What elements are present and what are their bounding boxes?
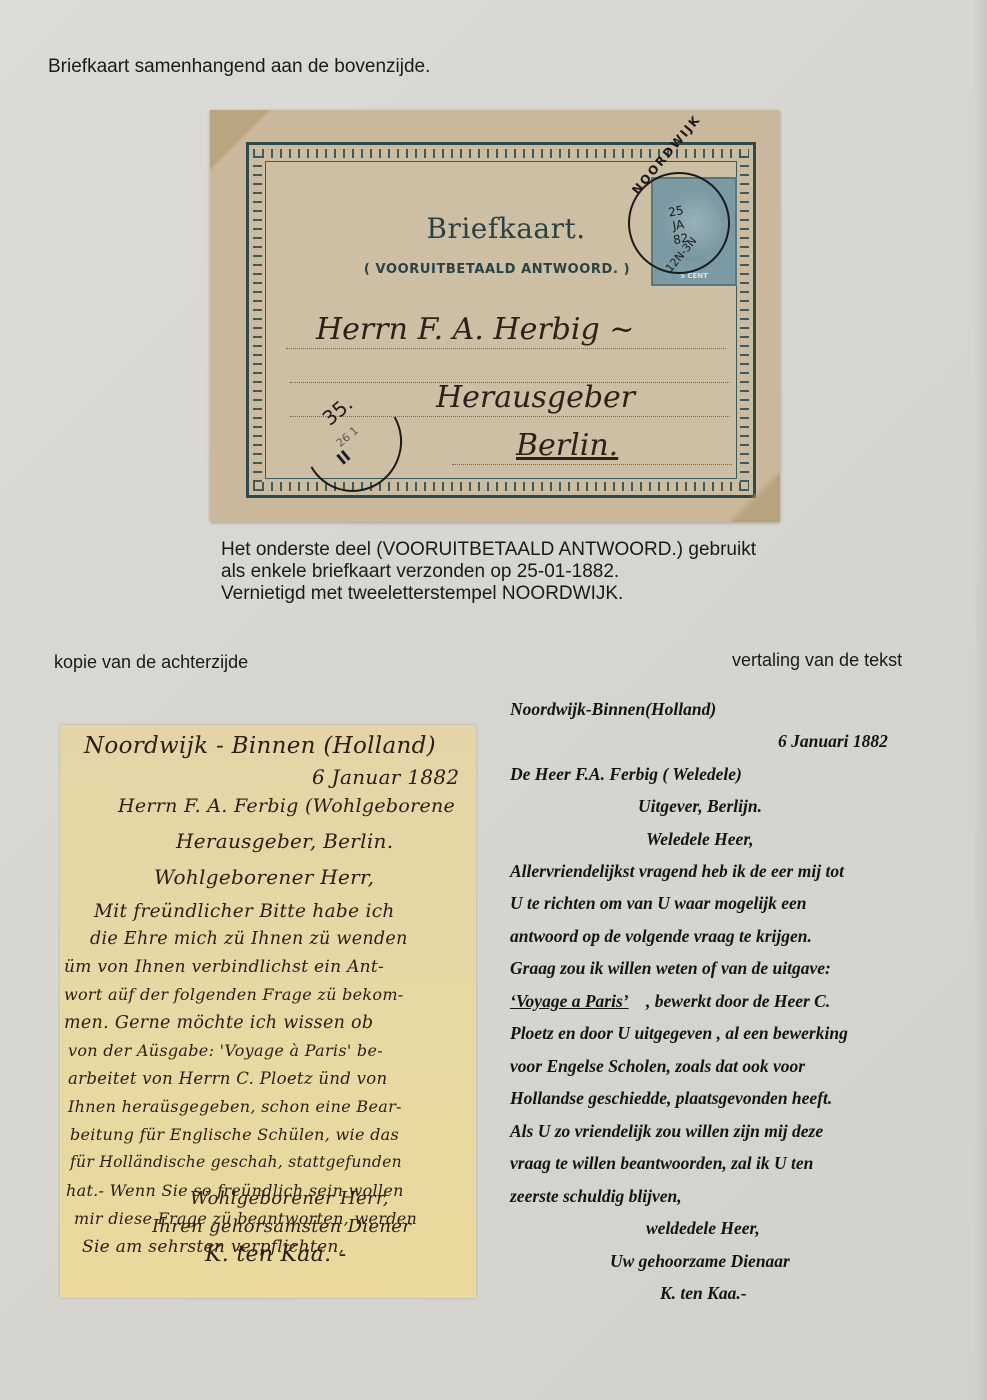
translation-line: Hollandse geschiedde, plaatsgevonden hee… (510, 1088, 832, 1109)
translation-line: K. ten Kaa.- (660, 1283, 747, 1304)
translation-title-underlined: ‘Voyage a Paris’ (510, 991, 629, 1012)
translation-line: Graag zou ik willen weten of van de uitg… (510, 958, 831, 979)
postcard-border: Briefkaart. ( VOORUITBETAALD ANTWOORD. )… (246, 142, 756, 498)
translation-line: voor Engelse Scholen, zoals dat ook voor (510, 1056, 805, 1077)
address-rule (286, 348, 726, 349)
hw-line: beitung für Englische Schülen, wie das (70, 1125, 399, 1144)
translation-line: Weledele Heer, (646, 829, 754, 850)
translation-line: vraag te willen beantwoorden, zal ik U t… (510, 1153, 813, 1174)
hw-line: men. Gerne möchte ich wissen ob (64, 1013, 373, 1033)
front-caption-line-1: Het onderste deel (VOORUITBETAALD ANTWOO… (221, 539, 756, 561)
hw-line: Ihnen heraüsgegeben, schon eine Bear- (68, 1097, 402, 1116)
postcard-subtitle: ( VOORUITBETAALD ANTWOORD. ) (352, 262, 642, 277)
hw-line: arbeitet von Herrn C. Ploetz ünd von (68, 1069, 387, 1088)
album-page: Briefkaart samenhangend aan de bovenzijd… (0, 0, 987, 1400)
translation-line: U te richten om van U waar mogelijk een (510, 893, 807, 914)
translation-line: weldedele Heer, (646, 1218, 760, 1239)
hw-line: wort aüf der folgenden Frage zü bekom- (64, 985, 404, 1004)
hw-line: Mit freündlicher Bitte habe ich (94, 901, 395, 922)
translation-line: De Heer F.A. Ferbig ( Weledele) (510, 764, 742, 785)
page-heading: Briefkaart samenhangend aan de bovenzijd… (48, 56, 430, 78)
hw-line: die Ehre mich zü Ihnen zü wenden (90, 929, 408, 949)
hw-line: Herrn F. A. Ferbig (Wohlgeborene (118, 795, 455, 817)
translation-line: Allervriendelijkst vragend heb ik de eer… (510, 861, 844, 882)
translation-line: antwoord op de volgende vraag te krijgen… (510, 926, 812, 947)
hw-line: Herausgeber, Berlin. (176, 829, 393, 853)
translation-line: , bewerkt door de Heer C. (646, 991, 830, 1012)
stamp-value: 5 CENT (653, 272, 735, 280)
hw-line: Noordwijk - Binnen (Holland) (84, 733, 436, 759)
translation-line: zeerste schuldig blijven, (510, 1186, 682, 1207)
hw-line: für Holländische geschah, stattgefunden (70, 1153, 402, 1171)
hw-line: Wohlgeborener Herr, (154, 865, 374, 889)
hw-line: Wohlgeborener Herr, (190, 1188, 389, 1209)
postmark-slot: II (333, 446, 354, 468)
translation-line: Uw gehoorzame Dienaar (610, 1251, 790, 1272)
hw-line: Ihren gehorsamsten Diener (152, 1216, 411, 1237)
hw-line: K. ten Kaa. - (205, 1242, 346, 1267)
front-caption-line-3: Vernietigd met tweeletterstempel NOORDWI… (221, 583, 623, 605)
label-back-copy: kopie van de achterzijde (54, 651, 248, 673)
translation-line: Uitgever, Berlijn. (638, 796, 762, 817)
address-line-3: Berlin. (516, 428, 618, 463)
hw-line: üm von Ihnen verbindlichst ein Ant- (64, 957, 384, 977)
front-caption-line-2: als enkele briefkaart verzonden op 25-01… (221, 561, 619, 583)
postcard-field: Briefkaart. ( VOORUITBETAALD ANTWOORD. )… (265, 161, 737, 479)
postmark-day: 26 1 (334, 424, 361, 450)
page-edge (973, 0, 987, 1400)
translation-line: Noordwijk-Binnen(Holland) (510, 699, 716, 720)
address-line-1: Herrn F. A. Herbig ~ (316, 312, 634, 347)
address-rule (452, 464, 732, 465)
translation-line: Ploetz en door U uitgegeven , al een bew… (510, 1023, 848, 1044)
hw-line: von der Aüsgabe: 'Voyage à Paris' be- (68, 1041, 383, 1060)
postcard-front: Briefkaart. ( VOORUITBETAALD ANTWOORD. )… (210, 110, 780, 522)
hw-line: 6 Januar 1882 (312, 765, 459, 789)
label-translation: vertaling van de tekst (732, 649, 902, 671)
translation-line: 6 Januari 1882 (778, 731, 888, 752)
postcard-back-copy: Noordwijk - Binnen (Holland) 6 Januar 18… (60, 725, 476, 1298)
address-line-2: Herausgeber (436, 380, 635, 415)
postcard-title: Briefkaart. (416, 212, 596, 245)
translation-line: Als U zo vriendelijk zou willen zijn mij… (510, 1121, 823, 1142)
